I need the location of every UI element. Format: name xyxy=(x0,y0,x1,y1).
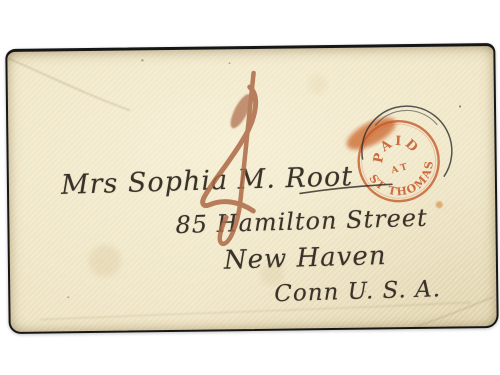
postmark-text-st-thomas-path: ST THOMAS xyxy=(365,156,443,207)
address-line-city: New Haven xyxy=(223,241,386,276)
crowned-circle-postmark: PAID AT ST THOMAS xyxy=(339,102,448,213)
speck xyxy=(229,62,231,64)
speck xyxy=(459,105,461,107)
speck xyxy=(141,59,143,61)
postmark-inner-ring xyxy=(353,116,444,207)
address-block: Mrs Sophia M. Root 85 Hamilton Street Ne… xyxy=(7,46,493,52)
datestamp-inner-arc xyxy=(375,110,437,125)
address-line-recipient: Mrs Sophia M. Root xyxy=(61,161,354,201)
rate-numeral-ink-blob xyxy=(227,91,256,131)
stain xyxy=(89,245,121,277)
stain xyxy=(308,74,328,94)
postmark-text-at: AT xyxy=(389,161,411,176)
crease-line-top-left xyxy=(7,56,130,111)
postmark-text-paid-path: PAID xyxy=(366,127,425,168)
crown-smudge xyxy=(342,111,400,156)
address-line-region: Conn U. S. A. xyxy=(274,276,441,307)
photo-background: Mrs Sophia M. Root 85 Hamilton Street Ne… xyxy=(0,0,500,375)
speck xyxy=(67,296,69,298)
envelope: Mrs Sophia M. Root 85 Hamilton Street Ne… xyxy=(5,43,498,334)
crease-line-bottom xyxy=(40,302,470,319)
postmark-text-paid: PAID xyxy=(366,127,425,168)
transit-datestamp-ring xyxy=(361,106,452,178)
orange-fleck xyxy=(436,201,443,208)
postmark-text-st-thomas: ST THOMAS xyxy=(365,156,443,207)
address-line-street: 85 Hamilton Street xyxy=(175,204,428,239)
datestamp-outer-arc xyxy=(361,106,452,178)
postmark-outer-ring xyxy=(349,112,448,211)
